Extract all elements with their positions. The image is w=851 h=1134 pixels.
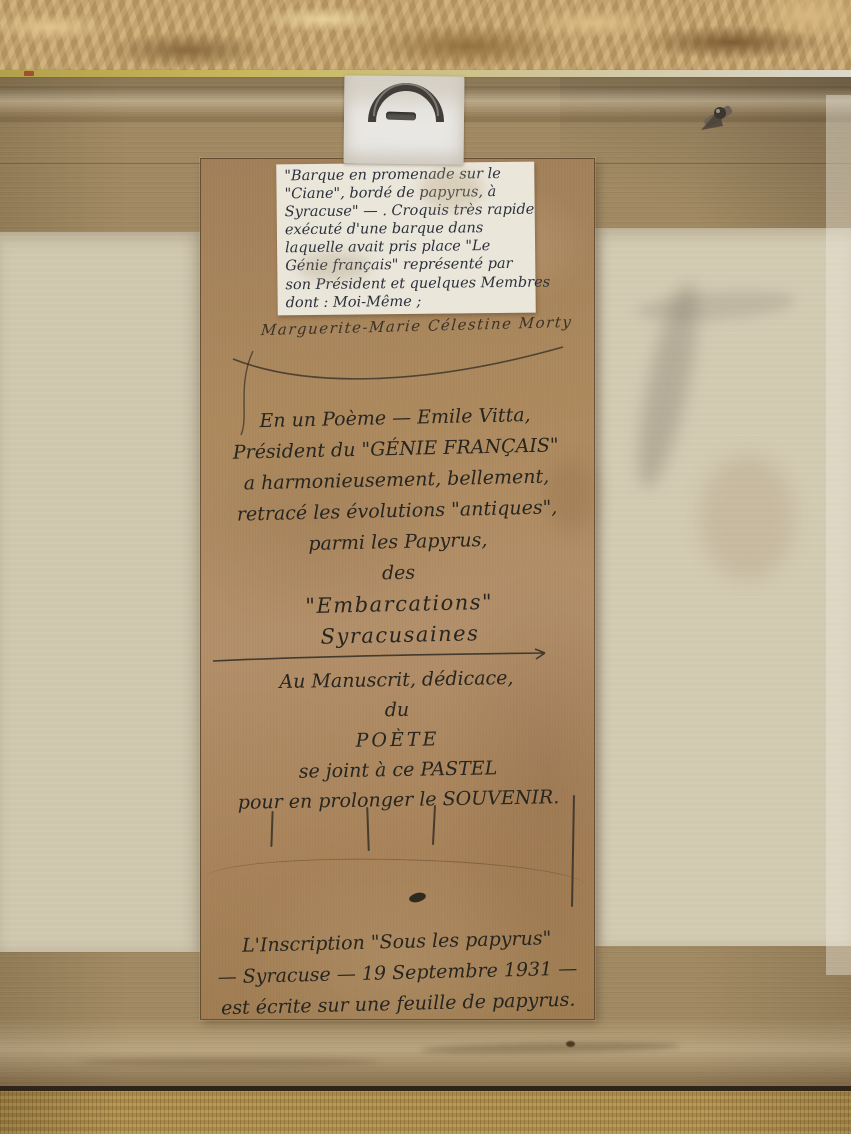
- artist-signature: Marguerite-Marie Célestine Morty: [260, 313, 571, 339]
- paper-smudge: [700, 455, 795, 580]
- frame-bottom-bar: [0, 1018, 851, 1088]
- inscription-note: L'Inscription "Sous les papyrus" — Syrac…: [205, 922, 590, 1024]
- hanging-ring: [360, 56, 452, 132]
- frame-side-edge: [826, 95, 851, 975]
- red-paint-mark: [24, 71, 34, 76]
- kraft-crease: [0, 163, 200, 164]
- label-line: Syracuse" — . Croquis très rapide: [285, 201, 529, 222]
- turn-button-screw: [693, 96, 747, 140]
- backing-paper-left: [0, 232, 201, 952]
- backing-paper-right: [593, 228, 851, 946]
- ink-blot: [408, 891, 427, 904]
- cardboard-panel: "Barque en promenade sur le "Ciane", bor…: [200, 158, 595, 1020]
- photo-frame-back: "Barque en promenade sur le "Ciane", bor…: [0, 0, 851, 1134]
- dedication-line: pour en prolonger le SOUVENIR.: [210, 782, 587, 819]
- wood-streak: [80, 1058, 380, 1066]
- description-label: "Barque en promenade sur le "Ciane", bor…: [276, 162, 536, 316]
- hanger-staple-slot: [386, 111, 416, 120]
- pen-stroke: [270, 811, 273, 847]
- dedication-note: Au Manuscrit, dédicace, du POÈTE se join…: [208, 662, 588, 819]
- panel-crease: [206, 855, 586, 886]
- table-surface: [0, 1091, 851, 1134]
- kraft-crease: [592, 163, 851, 164]
- paper-smudge: [635, 286, 797, 325]
- wood-knot: [566, 1041, 575, 1047]
- label-line: dont : Moi-Même ;: [286, 291, 530, 312]
- poem-note: En un Poème — Emile Vitta, Président du …: [206, 399, 589, 655]
